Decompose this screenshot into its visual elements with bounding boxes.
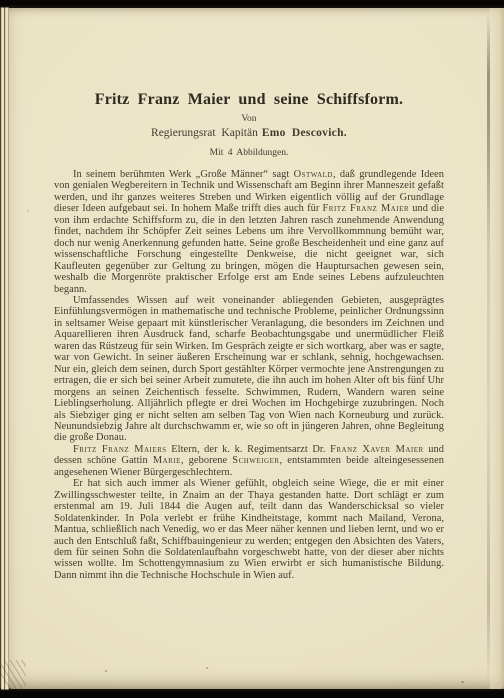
author-name: Emo Descovich.	[262, 127, 347, 139]
person-name-smallcaps: Marie	[153, 455, 181, 466]
byline: Regierungsrat KapitänEmo Descovich.	[54, 127, 444, 140]
scan-speck	[105, 670, 107, 672]
byline-rank: Regierungsrat Kapitän	[151, 127, 258, 139]
text-segment: , geborene	[181, 455, 232, 466]
scan-speck	[206, 667, 208, 669]
paragraph: Er hat sich auch immer als Wiener gefühl…	[54, 478, 444, 581]
paragraph: In seinem berühmten Werk „Große Männer“ …	[54, 169, 444, 295]
text-segment: Umfassendes Wissen auf weit voneinander …	[54, 295, 444, 443]
page-content: Fritz Franz Maier und seine Schiffsform.…	[54, 8, 444, 581]
article-body: In seinem berühmten Werk „Große Männer“ …	[54, 169, 444, 581]
scan-bottom-edge	[0, 689, 504, 698]
book-scan: Fritz Franz Maier und seine Schiffsform.…	[0, 0, 504, 698]
text-segment: Er hat sich auch immer als Wiener gefühl…	[54, 478, 444, 581]
page-stack-corner	[0, 660, 26, 692]
text-segment: Eltern, der k. k. Regimentsarzt Dr.	[167, 444, 330, 455]
person-name-smallcaps: Schweiger	[232, 455, 279, 466]
scan-top-edge	[0, 0, 504, 8]
figures-note: Mit 4 Abbildungen.	[54, 148, 444, 159]
person-name-smallcaps: Fritz Franz Maiers	[73, 444, 167, 455]
person-name-smallcaps: Ostwald	[294, 169, 333, 180]
byline-intro: Von	[54, 114, 444, 125]
paragraph: Fritz Franz Maiers Eltern, der k. k. Reg…	[54, 444, 444, 478]
scan-speck	[27, 210, 29, 212]
page-stack-left-edge	[0, 5, 11, 692]
person-name-smallcaps: Fritz Franz Maier	[323, 203, 410, 214]
scan-speck	[461, 681, 464, 683]
text-segment: und die von ihm erdachte Schiffsform zu,…	[54, 203, 444, 294]
article-title: Fritz Franz Maier und seine Schiffsform.	[54, 90, 444, 109]
person-name-smallcaps: Franz Xaver Maier	[330, 444, 424, 455]
paragraph: Umfassendes Wissen auf weit voneinander …	[54, 295, 444, 444]
text-segment: In seinem berühmten Werk „Große Männer“ …	[73, 169, 294, 180]
adjacent-page-sliver	[490, 8, 504, 689]
